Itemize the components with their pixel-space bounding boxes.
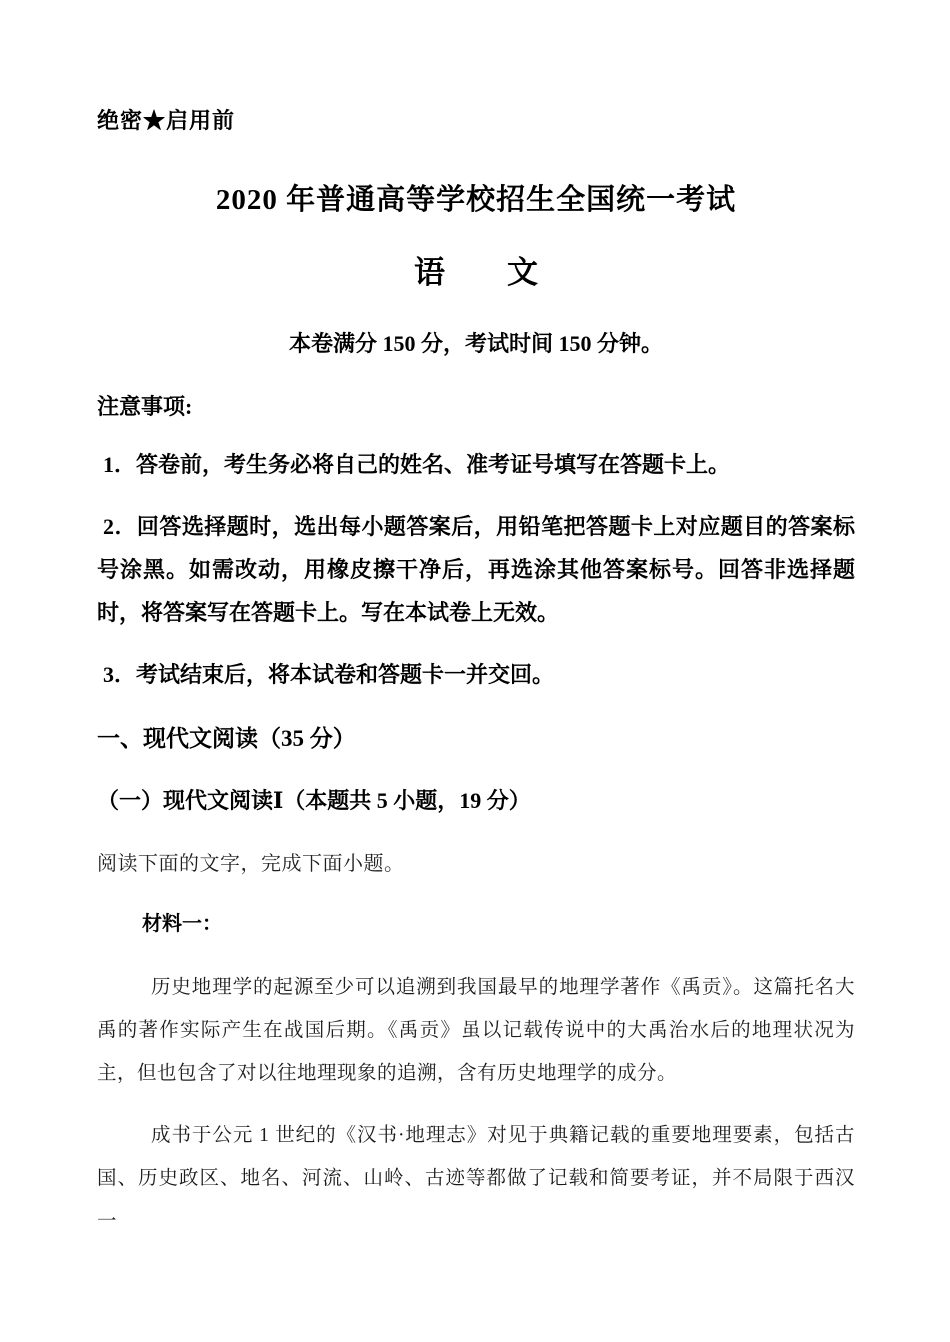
reading-instruction: 阅读下面的文字，完成下面小题。 <box>97 847 855 876</box>
section-heading-modern-reading: 一、现代文阅读（35 分） <box>97 720 855 753</box>
exam-subject: 语 文 <box>97 247 855 292</box>
material-one-label: 材料一： <box>97 907 855 936</box>
exam-document-page: 绝密★启用前 2020 年普通高等学校招生全国统一考试 语 文 本卷满分 150… <box>0 0 950 1342</box>
classification-label: 绝密★启用前 <box>97 104 855 135</box>
subsection-heading-reading-1: （一）现代文阅读Ⅰ（本题共 5 小题，19 分） <box>97 784 855 815</box>
exam-info-line: 本卷满分 150 分，考试时间 150 分钟。 <box>97 327 855 358</box>
page-content: 绝密★启用前 2020 年普通高等学校招生全国统一考试 语 文 本卷满分 150… <box>97 0 855 1342</box>
notice-item-1: 1．答卷前，考生务必将自己的姓名、准考证号填写在答题卡上。 <box>97 443 855 486</box>
notice-heading: 注意事项: <box>97 390 855 421</box>
material-paragraph-1: 历史地理学的起源至少可以追溯到我国最早的地理学著作《禹贡》。这篇托名大禹的著作实… <box>97 966 855 1095</box>
notice-item-2: 2．回答选择题时，选出每小题答案后，用铅笔把答题卡上对应题目的答案标号涂黑。如需… <box>97 505 855 634</box>
exam-title: 2020 年普通高等学校招生全国统一考试 <box>97 177 855 218</box>
material-paragraph-2: 成书于公元 1 世纪的《汉书·地理志》对见于典籍记载的重要地理要素，包括古国、历… <box>97 1114 855 1243</box>
notice-item-3: 3．考试结束后，将本试卷和答题卡一并交回。 <box>97 653 855 696</box>
